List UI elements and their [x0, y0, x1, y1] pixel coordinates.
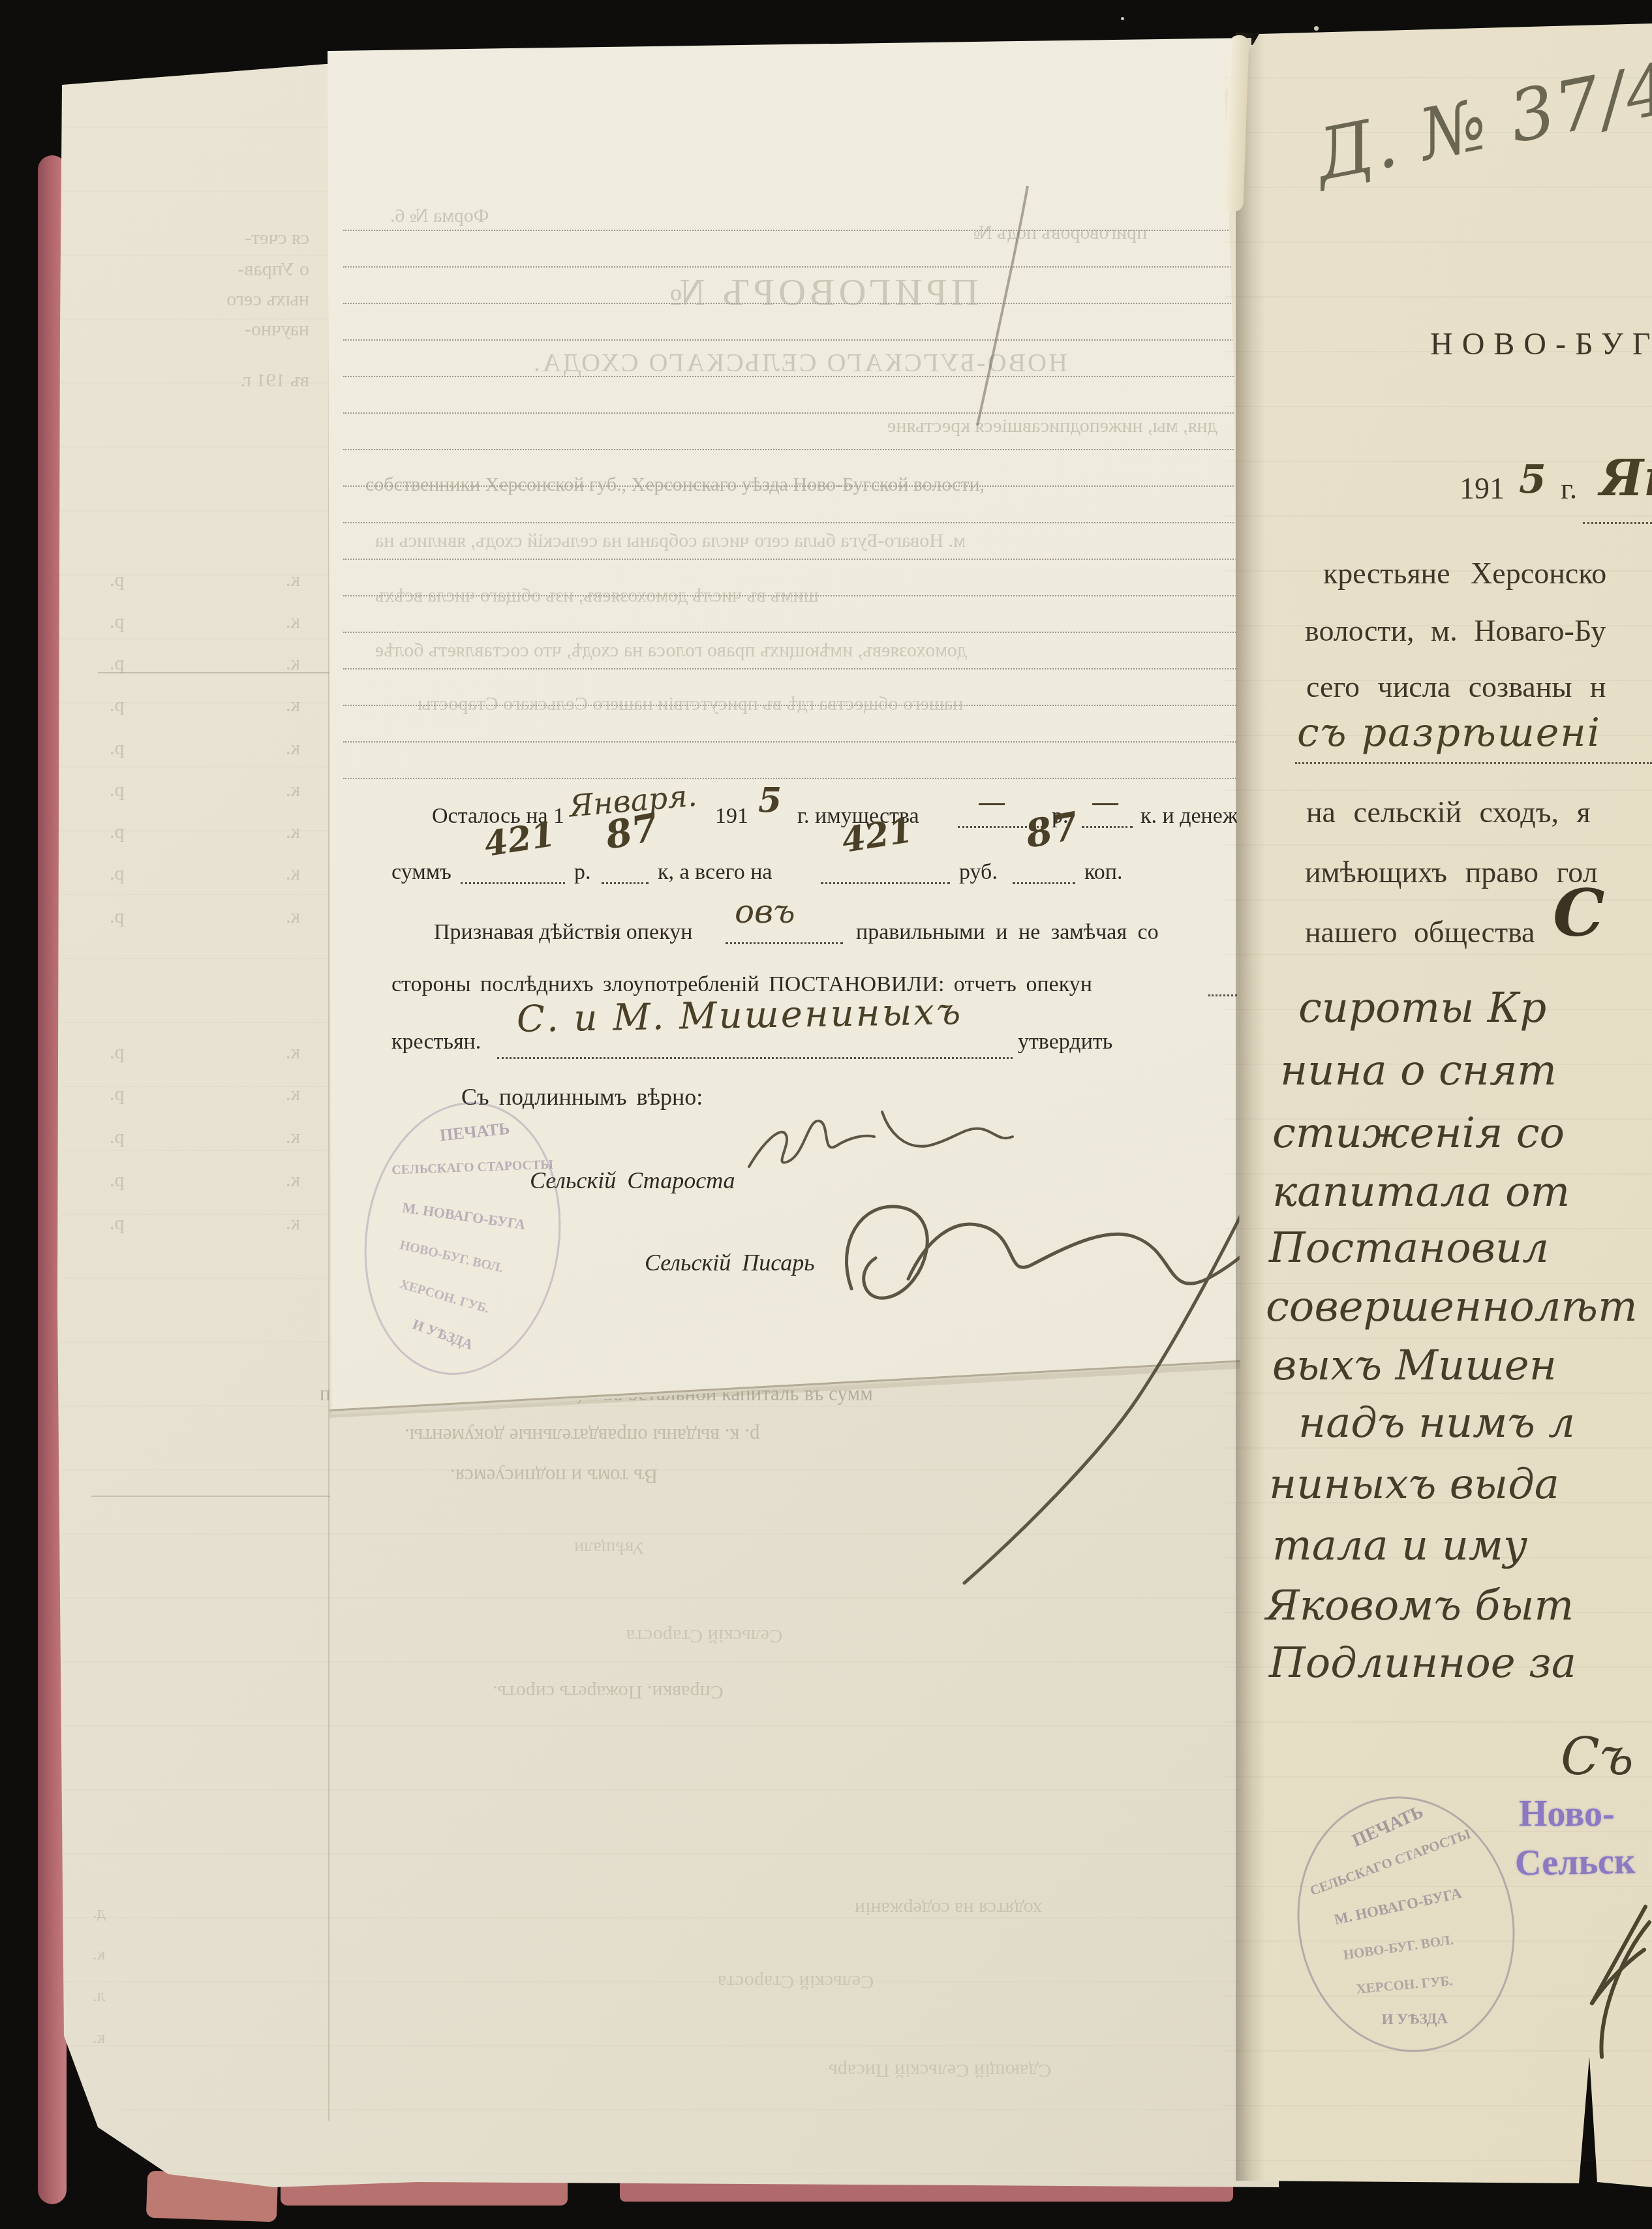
- hw-line: капитала от: [1272, 1168, 1570, 1216]
- hw-line: Постановил: [1269, 1224, 1549, 1272]
- date-print: 191: [1460, 471, 1505, 506]
- date-g: г.: [1561, 471, 1577, 506]
- stamp-text: НОВО-БУГ. ВОЛ.: [1342, 1931, 1454, 1963]
- archival-scan: ся счет- о Управ- ныхъ сего научно- въ 1…: [0, 0, 1652, 2229]
- hw-line: стиженія со: [1272, 1109, 1565, 1158]
- pen-stroke-signature: [1566, 1886, 1652, 2095]
- date-month-hw: Янва: [1600, 449, 1652, 507]
- date-year-hw: 5: [1519, 457, 1546, 502]
- hw-line: Яковомъ быт: [1266, 1582, 1574, 1630]
- hw-line: надъ нимъ л: [1298, 1399, 1575, 1447]
- hw-line: Подлинное за: [1269, 1639, 1576, 1687]
- dotted-underline: [1295, 762, 1652, 764]
- hw-line: нина о снят: [1280, 1047, 1557, 1095]
- hw-line: ниныхъ выда: [1269, 1460, 1559, 1509]
- stamp-text: М. НОВАГО-БУГА: [1333, 1885, 1463, 1929]
- doc-line: нашего общества: [1305, 915, 1535, 949]
- round-stamp-right: ПЕЧАТЬ СЕЛЬСКАГО СТАРОСТЫ М. НОВАГО-БУГА…: [1274, 1776, 1538, 2072]
- hw-line: Съ: [1561, 1728, 1634, 1787]
- doc-line: волости, м. Новаго-Бу: [1305, 613, 1606, 648]
- doc-line: сего числа созваны н: [1306, 669, 1606, 704]
- hw-line: сироты Кр: [1298, 984, 1546, 1032]
- doc-line: крестьяне Херсонско: [1323, 556, 1606, 591]
- ink-stamp-line2: Сельск: [1514, 1840, 1635, 1884]
- hw-line: выхъ Мишен: [1272, 1342, 1557, 1390]
- hw-line: тала и иму: [1272, 1522, 1527, 1570]
- doc-line: на сельскій сходъ, я: [1306, 795, 1591, 829]
- stamp-text: И УѢЗДА: [1381, 2010, 1448, 2029]
- hw-line: совершеннолѣт: [1266, 1283, 1638, 1331]
- handwritten-initial: С: [1553, 874, 1605, 951]
- ink-stamp-line1: Ново-: [1519, 1793, 1615, 1835]
- stamp-text: ХЕРСОН. ГУБ.: [1355, 1973, 1453, 1997]
- right-page-content: Д. № 37/49 НОВО-БУГС 191 5 г. Янва крест…: [0, 0, 1652, 2229]
- handwritten-permission: съ разрѣшені: [1297, 710, 1601, 756]
- doc-header: НОВО-БУГС: [1430, 326, 1652, 362]
- case-number: Д. № 37/49: [1309, 39, 1652, 197]
- dotted-underline: [1583, 522, 1652, 524]
